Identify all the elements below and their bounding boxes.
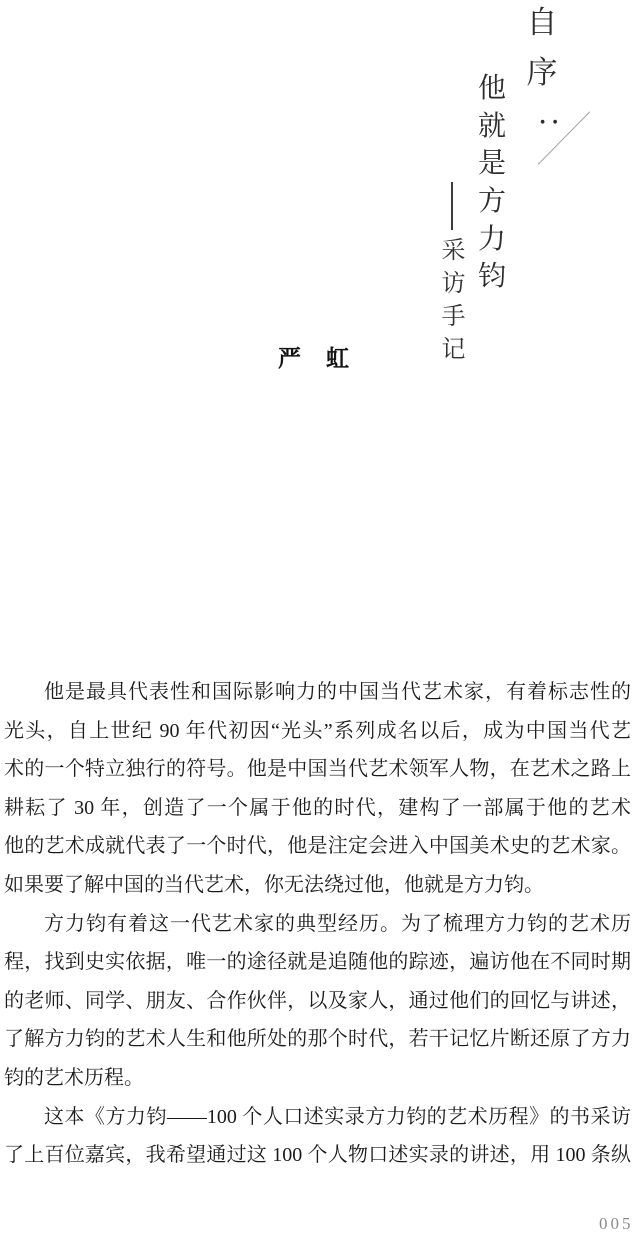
body-line: 钧的艺术历程。 <box>4 1059 631 1098</box>
title-character: 采 <box>442 237 466 270</box>
body-line: 他的艺术成就代表了一个时代，他是注定会进入中国美术史的艺术家。 <box>4 827 631 866</box>
body-line: 这本《方力钧——100 个人口述实录方力钧的艺术历程》的书采访 <box>4 1098 631 1137</box>
body-text: 他是最具代表性和国际影响力的中国当代艺术家，有着标志性的光头，自上世纪 90 年… <box>4 673 631 1175</box>
subtitle-vertical: 采访手记 <box>440 237 467 369</box>
body-line: 他是最具代表性和国际影响力的中国当代艺术家，有着标志性的 <box>4 673 631 712</box>
body-line: 的老师、同学、朋友、合作伙伴，以及家人，通过他们的回忆与讲述， <box>4 982 631 1021</box>
section-label-vertical: 自序： <box>524 5 560 155</box>
title-character: 自 <box>527 5 558 55</box>
title-character: 访 <box>442 270 466 303</box>
body-line: 方力钧有着这一代艺术家的典型经历。为了梳理方力钧的艺术历 <box>4 905 631 944</box>
title-character: 力 <box>478 223 506 261</box>
title-character: 序 <box>527 55 558 105</box>
title-character: 手 <box>442 303 466 336</box>
title-character: 方 <box>478 185 506 223</box>
body-line: 如果要了解中国的当代艺术，你无法绕过他，他就是方力钧。 <box>4 866 631 905</box>
author-name: 严 虹 <box>278 340 350 373</box>
body-line: 耕耘了 30 年，创造了一个属于他的时代，建构了一部属于他的艺术史。 <box>4 789 631 828</box>
body-line: 光头，自上世纪 90 年代初因“光头”系列成名以后，成为中国当代艺 <box>4 712 631 751</box>
body-line: 了解方力钧的艺术人生和他所处的那个时代，若干记忆片断还原了方力 <box>4 1020 631 1059</box>
body-line: 术的一个特立独行的符号。他是中国当代艺术领军人物，在艺术之路上 <box>4 750 631 789</box>
book-page: 自序： 他就是方力钧 采访手记 严 虹 他是最具代表性和国际影响力的中国当代艺术… <box>0 0 640 1241</box>
title-character: 他 <box>478 72 506 110</box>
body-line: 程，找到史实依据，唯一的途径就是追随他的踪迹，遍访他在不同时期 <box>4 943 631 982</box>
body-line: 了上百位嘉宾，我希望通过这 100 个人物口述实录的讲述，用 100 条纵 <box>4 1136 631 1175</box>
em-dash-vertical <box>451 182 453 230</box>
title-character: 就 <box>478 110 506 148</box>
page-number: 005 <box>599 1214 634 1234</box>
title-character: 钧 <box>478 260 506 298</box>
title-character: 记 <box>442 336 466 369</box>
page-title-vertical: 他就是方力钧 <box>475 72 509 298</box>
title-character: 是 <box>478 147 506 185</box>
